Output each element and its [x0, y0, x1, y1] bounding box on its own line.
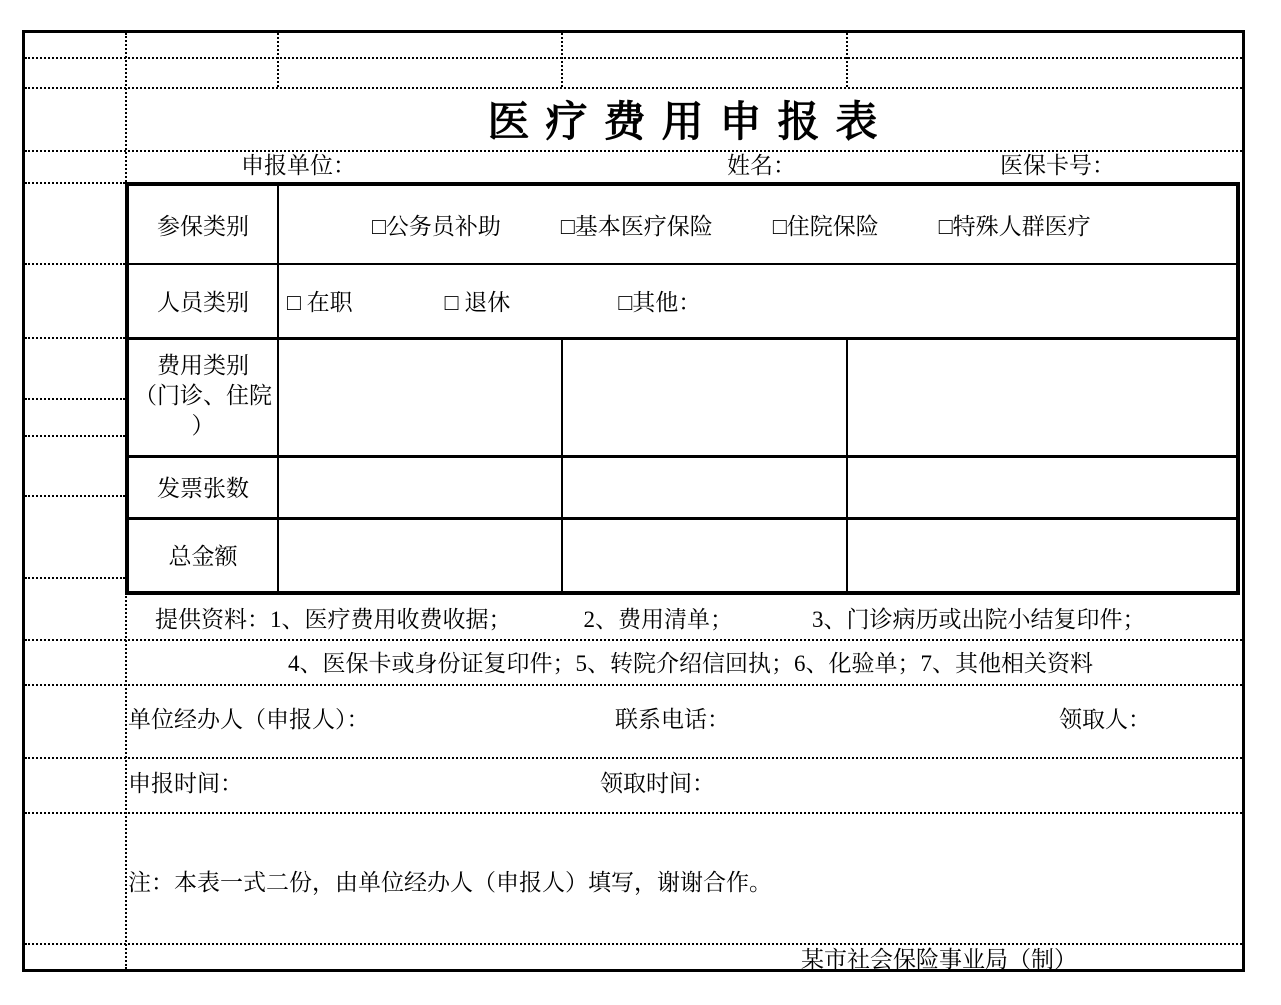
invoice-cell-col1[interactable]	[279, 457, 559, 515]
medical-expense-form: 医疗费用申报表 申报单位： 姓名： 医保卡号： 参保类别 人员类别 费用类别 （…	[0, 0, 1281, 1005]
declare-unit-label: 申报单位：	[241, 150, 356, 182]
total-cell-col1[interactable]	[279, 519, 559, 589]
form-title: 医疗费用申报表	[125, 87, 1240, 150]
expense-cell-col1[interactable]	[279, 339, 559, 453]
expense-category-label: 费用类别 （门诊、住院 ）	[129, 337, 277, 455]
checkbox-hospitalization-insurance[interactable]: □住院保险	[773, 208, 879, 241]
expense-label-line1: 费用类别	[157, 351, 249, 381]
checkbox-basic-medical-insurance[interactable]: □基本医疗保险	[561, 208, 713, 241]
materials-line1: 提供资料：1、医疗费用收费收据； 2、费用清单； 3、门诊病历或出院小结复印件；	[125, 595, 1240, 639]
form-note: 注：本表一式二份，由单位经办人（申报人）填写，谢谢合作。	[128, 812, 772, 943]
checkbox-employed[interactable]: □ 在职	[287, 284, 353, 317]
receiver-label: 领取人：	[1059, 684, 1151, 757]
issuer-row: 某市社会保险事业局（制）	[125, 943, 1240, 972]
receive-time-label: 领取时间：	[600, 757, 715, 812]
personnel-options-row: □ 在职 □ 退休 □其他：	[279, 263, 1236, 337]
invoice-cell-col2[interactable]	[563, 457, 844, 515]
total-amount-label: 总金额	[129, 517, 277, 591]
agent-label: 单位经办人（申报人）：	[128, 684, 370, 757]
materials-item-1: 提供资料：1、医疗费用收费收据；	[155, 601, 512, 634]
checkbox-civil-servant-subsidy[interactable]: □公务员补助	[372, 208, 501, 241]
materials-item-3: 3、门诊病历或出院小结复印件；	[812, 601, 1146, 634]
materials-item-2: 2、费用清单；	[584, 601, 734, 634]
total-cell-col2[interactable]	[563, 519, 844, 589]
total-cell-col3[interactable]	[848, 519, 1236, 589]
invoice-cell-col3[interactable]	[848, 457, 1236, 515]
expense-cell-col2[interactable]	[563, 339, 844, 453]
declare-time-label: 申报时间：	[128, 757, 243, 812]
checkbox-other[interactable]: □其他：	[618, 284, 701, 317]
checkbox-retired[interactable]: □ 退休	[445, 284, 511, 317]
expense-label-line2: （门诊、住院	[134, 381, 272, 411]
card-no-label: 医保卡号：	[1000, 150, 1115, 182]
personnel-category-label: 人员类别	[129, 263, 277, 337]
checkbox-special-group-medical[interactable]: □特殊人群医疗	[939, 208, 1091, 241]
insurance-options-row: □公务员补助 □基本医疗保险 □住院保险 □特殊人群医疗	[279, 186, 1236, 263]
name-label: 姓名：	[727, 150, 796, 182]
invoice-count-label: 发票张数	[129, 455, 277, 517]
phone-label: 联系电话：	[615, 684, 730, 757]
expense-label-line3: ）	[192, 411, 215, 441]
insurance-category-label: 参保类别	[129, 186, 277, 263]
materials-items-4to7: 4、医保卡或身份证复印件；5、转院介绍信回执；6、化验单；7、其他相关资料	[288, 645, 1093, 678]
materials-line2: 4、医保卡或身份证复印件；5、转院介绍信回执；6、化验单；7、其他相关资料	[125, 639, 1240, 684]
issuer-label: 某市社会保险事业局（制）	[801, 941, 1077, 974]
main-table: 参保类别 人员类别 费用类别 （门诊、住院 ） 发票张数 总金额 □公务员补助 …	[125, 182, 1240, 595]
expense-cell-col3[interactable]	[848, 339, 1236, 453]
